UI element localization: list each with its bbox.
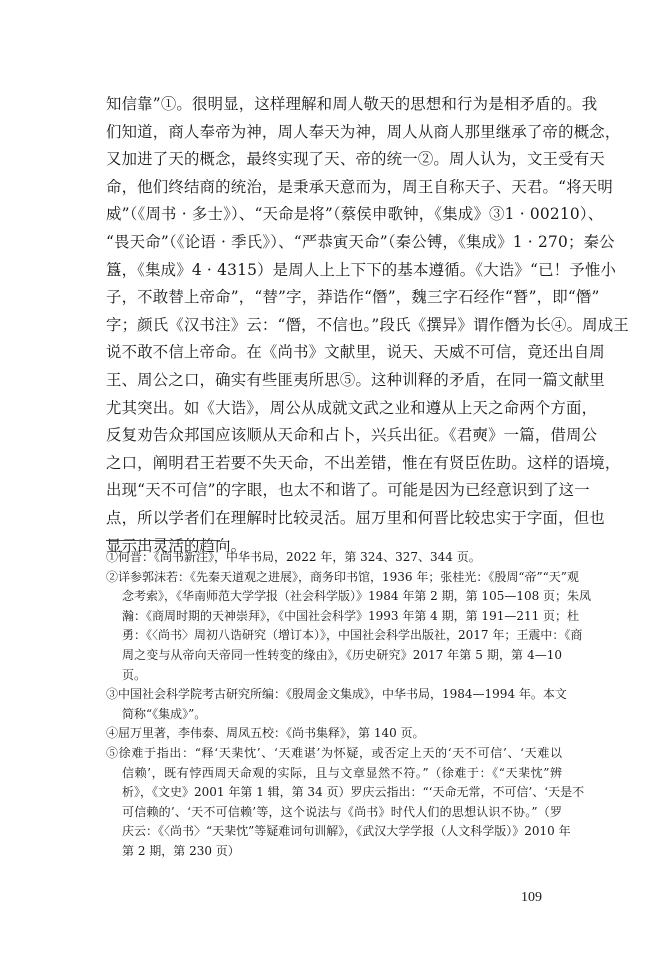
body-line: 簋，《集成》4 · 4315）是周人上上下下的基本遵循。《大诰》“已！予惟小 (106, 257, 562, 285)
body-line: 出现“天不可信”的字眼，也太不和谐了。可能是因为已经意识到了这一 (106, 477, 562, 505)
footnote-line: ③中国社会科学院考古研究所编：《殷周金文集成》，中华书局，1984—1994 年… (106, 685, 562, 705)
footnote-line: 勇：《〈尚书〉周初八诰研究（增订本）》，中国社会科学出版社，2017 年；王震中… (106, 626, 562, 646)
footnote-line: 析》，《文史》2001 年第 1 辑，第 34 页）罗庆云指出：“‘天命无常，不… (106, 783, 562, 803)
book-page: 知信靠”①。很明显，这样理解和周人敬天的思想和行为是相矛盾的。我们知道，商人奉帝… (0, 0, 650, 973)
footnote-line: ⑤徐难于指出：“释‘天棐忱’、‘天难谌’为怀疑，或否定上天的‘天不可信’、‘天难… (106, 744, 562, 764)
footnote-line: 周之变与从帝向天帝同一性转变的缘由》，《历史研究》2017 年第 5 期，第 4… (106, 646, 562, 666)
page-number: 109 (521, 890, 542, 906)
body-line: “畏天命”（《论语 · 季氏》）、“严恭寅天命”（秦公镈，《集成》1 · 270… (106, 229, 562, 257)
footnote-line: ④屈万里著，李伟泰、周凤五校：《尚书集释》，第 140 页。 (106, 724, 562, 744)
body-line: 说不敢不信上帝命。在《尚书》文献里，说天、天威不可信，竟还出自周 (106, 339, 562, 367)
footnote-line: 信赖’，既有悖西周天命观的实际，且与文章显然不符。”（徐难于：《“天棐忱”辨 (106, 764, 562, 784)
footnote-line: 庆云：《〈尚书〉“天棐忱”等疑难词句训解》，《武汉大学学报（人文科学版）》201… (106, 822, 562, 842)
body-line: 尤其突出。如《大诰》，周公从成就文武之业和遵从上天之命两个方面， (106, 395, 562, 423)
body-text: 知信靠”①。很明显，这样理解和周人敬天的思想和行为是相矛盾的。我们知道，商人奉帝… (106, 91, 562, 560)
body-line: 反复劝告众邦国应该顺从天命和占卜，兴兵出征。《君奭》一篇，借周公 (106, 422, 562, 450)
body-line: 点，所以学者们在理解时比较灵活。屈万里和何晋比较忠实于字面，但也 (106, 505, 562, 533)
footnotes: ①何晋：《尚书新注》，中华书局，2022 年，第 324、327、344 页。②… (106, 548, 562, 862)
footnote-line: ②详参郭沫若：《先秦天道观之进展》，商务印书馆，1936 年；张桂光：《殷周“帝… (106, 568, 562, 588)
footnote-line: ①何晋：《尚书新注》，中华书局，2022 年，第 324、327、344 页。 (106, 548, 562, 568)
footnote-line: 第 2 期，第 230 页） (106, 842, 562, 862)
body-line: 威”（《周书 · 多士》）、“天命是将”（蔡侯申歌钟，《集成》③1 · 0021… (106, 201, 562, 229)
body-line: 命，他们终结商的统治，是秉承天意而为，周王自称天子、天君。“将天明 (106, 174, 562, 202)
footnote-line: 页。 (106, 666, 562, 686)
body-line: 又加进了天的概念，最终实现了天、帝的统一②。周人认为，文王受有天 (106, 146, 562, 174)
footnote-line: 瀚：《商周时期的天神崇拜》，《中国社会科学》1993 年第 4 期，第 191—… (106, 607, 562, 627)
body-line: 字；颜氏《汉书注》云：“僭，不信也。”段氏《撰异》谓作僭为长④。周成王 (106, 312, 562, 340)
body-line: 子，不敢替上帝命”，“替”字，莽诰作“僭”，魏三字石经作“朁”，即“僭” (106, 284, 562, 312)
footnote-line: 简称“《集成》”。 (106, 705, 562, 725)
footnote-line: 可信赖的’、‘天不可信赖’等，这个说法与《尚书》时代人们的思想认识不协。”（罗 (106, 803, 562, 823)
body-line: 之口，阐明君王若要不失天命，不出差错，惟在有贤臣佐助。这样的语境， (106, 450, 562, 478)
body-line: 们知道，商人奉帝为神，周人奉天为神，周人从商人那里继承了帝的概念， (106, 119, 562, 147)
footnote-line: 念考索》，《华南师范大学学报（社会科学版）》1984 年第 2 期，第 105—… (106, 587, 562, 607)
body-line: 王、周公之口，确实有些匪夷所思⑤。这种训释的矛盾，在同一篇文献里 (106, 367, 562, 395)
body-line: 知信靠”①。很明显，这样理解和周人敬天的思想和行为是相矛盾的。我 (106, 91, 562, 119)
footnote-rule (106, 540, 220, 541)
